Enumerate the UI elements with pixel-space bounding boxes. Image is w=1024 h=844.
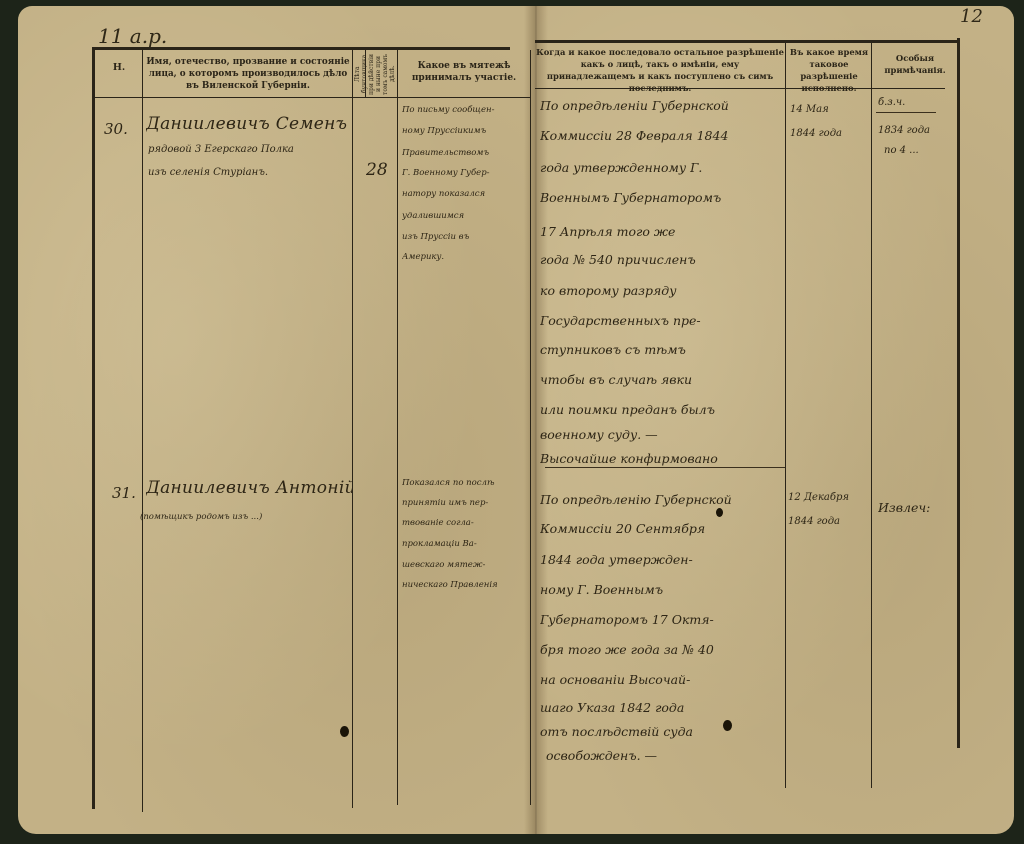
header-number: Н.: [96, 62, 142, 74]
decision-line: Военнымъ Губернаторомъ: [540, 190, 784, 205]
header-name: Имя, отечество, прозвание и состояніе ли…: [145, 56, 351, 92]
participation-line: шевскаго мятеж-: [402, 560, 528, 570]
participation-line: натору показался: [402, 189, 528, 199]
person-status: (помѣщикъ родомъ изъ ...): [140, 512, 352, 522]
header-participation: Какое въ мятежѣ принималъ участіе.: [400, 60, 528, 84]
note-underline: [876, 112, 936, 113]
decision-line: шаго Указа 1842 года: [540, 700, 784, 715]
rule-col-age: [397, 50, 398, 805]
header-age: Лѣта бунтовщика при дѣйствіи и ныне при …: [354, 52, 396, 96]
participation-line: изъ Пруссіи въ: [402, 232, 528, 242]
person-status: рядовой 3 Егерскаго Полка: [148, 144, 352, 155]
participation-line: ническаго Правленія: [402, 580, 528, 590]
decision-line-confirmation: Высочайше конфирмовано: [540, 451, 784, 466]
decision-line: освобожденъ. —: [546, 748, 784, 763]
rule-col-participation: [530, 50, 531, 805]
note-line: Извлеч:: [878, 500, 956, 515]
person-name: Даниилевичъ Антоній: [146, 478, 352, 498]
row-number: 30.: [104, 120, 128, 138]
participation-line: Показался по послѣ: [402, 478, 528, 488]
executed-year: 1844 года: [788, 516, 870, 527]
note-line: б.з.ч.: [878, 97, 956, 108]
person-origin: изъ селенія Стуріанъ.: [148, 167, 352, 178]
person-name: Даниилевичъ Семенъ: [146, 114, 352, 134]
decision-line: Государственныхъ пре-: [540, 313, 784, 328]
rule-right-outer: [957, 38, 960, 748]
decision-line: военному суду. —: [540, 427, 784, 442]
decision-line: на основаніи Высочай-: [540, 672, 784, 687]
decision-line: ному Г. Военнымъ: [540, 582, 784, 597]
rule-col-decision: [785, 43, 786, 788]
participation-line: удалившимся: [402, 211, 528, 221]
header-top-rule-left: [92, 47, 510, 50]
rule-col-name: [352, 50, 353, 808]
decision-line: ступниковъ съ тѣмъ: [540, 342, 784, 357]
header-notes: Особыя примѣчанія.: [873, 52, 957, 76]
executed-date: 12 Декабря: [788, 492, 870, 503]
executed-year: 1844 года: [790, 128, 870, 139]
person-age: 28: [366, 160, 388, 180]
decision-line: отъ послѣдствій суда: [540, 724, 784, 739]
ink-spot: [716, 508, 723, 517]
decision-line: Коммиссіи 20 Сентября: [540, 521, 784, 536]
decision-line: бря того же года за № 40: [540, 642, 784, 657]
binding-hole: [723, 720, 732, 731]
participation-line: ному Пруссіикимъ: [402, 126, 528, 136]
participation-line: прокламаціи Ва-: [402, 539, 528, 549]
executed-date: 14 Мая: [790, 104, 870, 115]
participation-line: Г. Военному Губер-: [402, 168, 528, 178]
decision-line: ко второму разряду: [540, 283, 784, 298]
note-line: 1834 года: [878, 125, 956, 136]
page-number: 12: [960, 6, 983, 27]
decision-line: года № 540 причисленъ: [540, 252, 784, 267]
participation-line: Америку.: [402, 252, 528, 262]
binding-hole: [340, 726, 349, 737]
participation-line: Правительствомъ: [402, 148, 528, 158]
decision-line: года утвержденному Г.: [540, 160, 784, 175]
row-number: 31.: [112, 484, 136, 502]
decision-line: По опредѣленію Губернской: [540, 492, 784, 507]
rule-col-number: [142, 50, 143, 812]
note-line: по 4 ...: [884, 145, 956, 156]
folio-annotation: 11 а.р.: [98, 24, 167, 48]
decision-line: 17 Апрѣля того же: [540, 224, 784, 239]
participation-line: принятіи имъ пер-: [402, 498, 528, 508]
header-executed: Въ какое время таковое разрѣшеніе исполн…: [787, 46, 871, 94]
participation-line: По письму сообщен-: [402, 105, 528, 115]
header-bottom-rule-left: [92, 97, 530, 98]
decision-line: или поимки преданъ былъ: [540, 402, 784, 417]
decision-line: Коммиссіи 28 Февраля 1844: [540, 128, 784, 143]
decision-line: 1844 года утвержден-: [540, 552, 784, 567]
header-decision: Когда и какое последовало остальное разр…: [536, 46, 784, 94]
participation-line: твованіе согла-: [402, 518, 528, 528]
decision-line: чтобы въ случаѣ явки: [540, 372, 784, 387]
decision-line: Губернаторомъ 17 Октя-: [540, 612, 784, 627]
rule-left-outer: [92, 49, 95, 809]
decision-line: По опредѣленіи Губернской: [540, 98, 784, 113]
confirmation-underline: [545, 467, 785, 468]
header-top-rule-right: [535, 40, 960, 43]
rule-col-executed: [871, 43, 872, 788]
